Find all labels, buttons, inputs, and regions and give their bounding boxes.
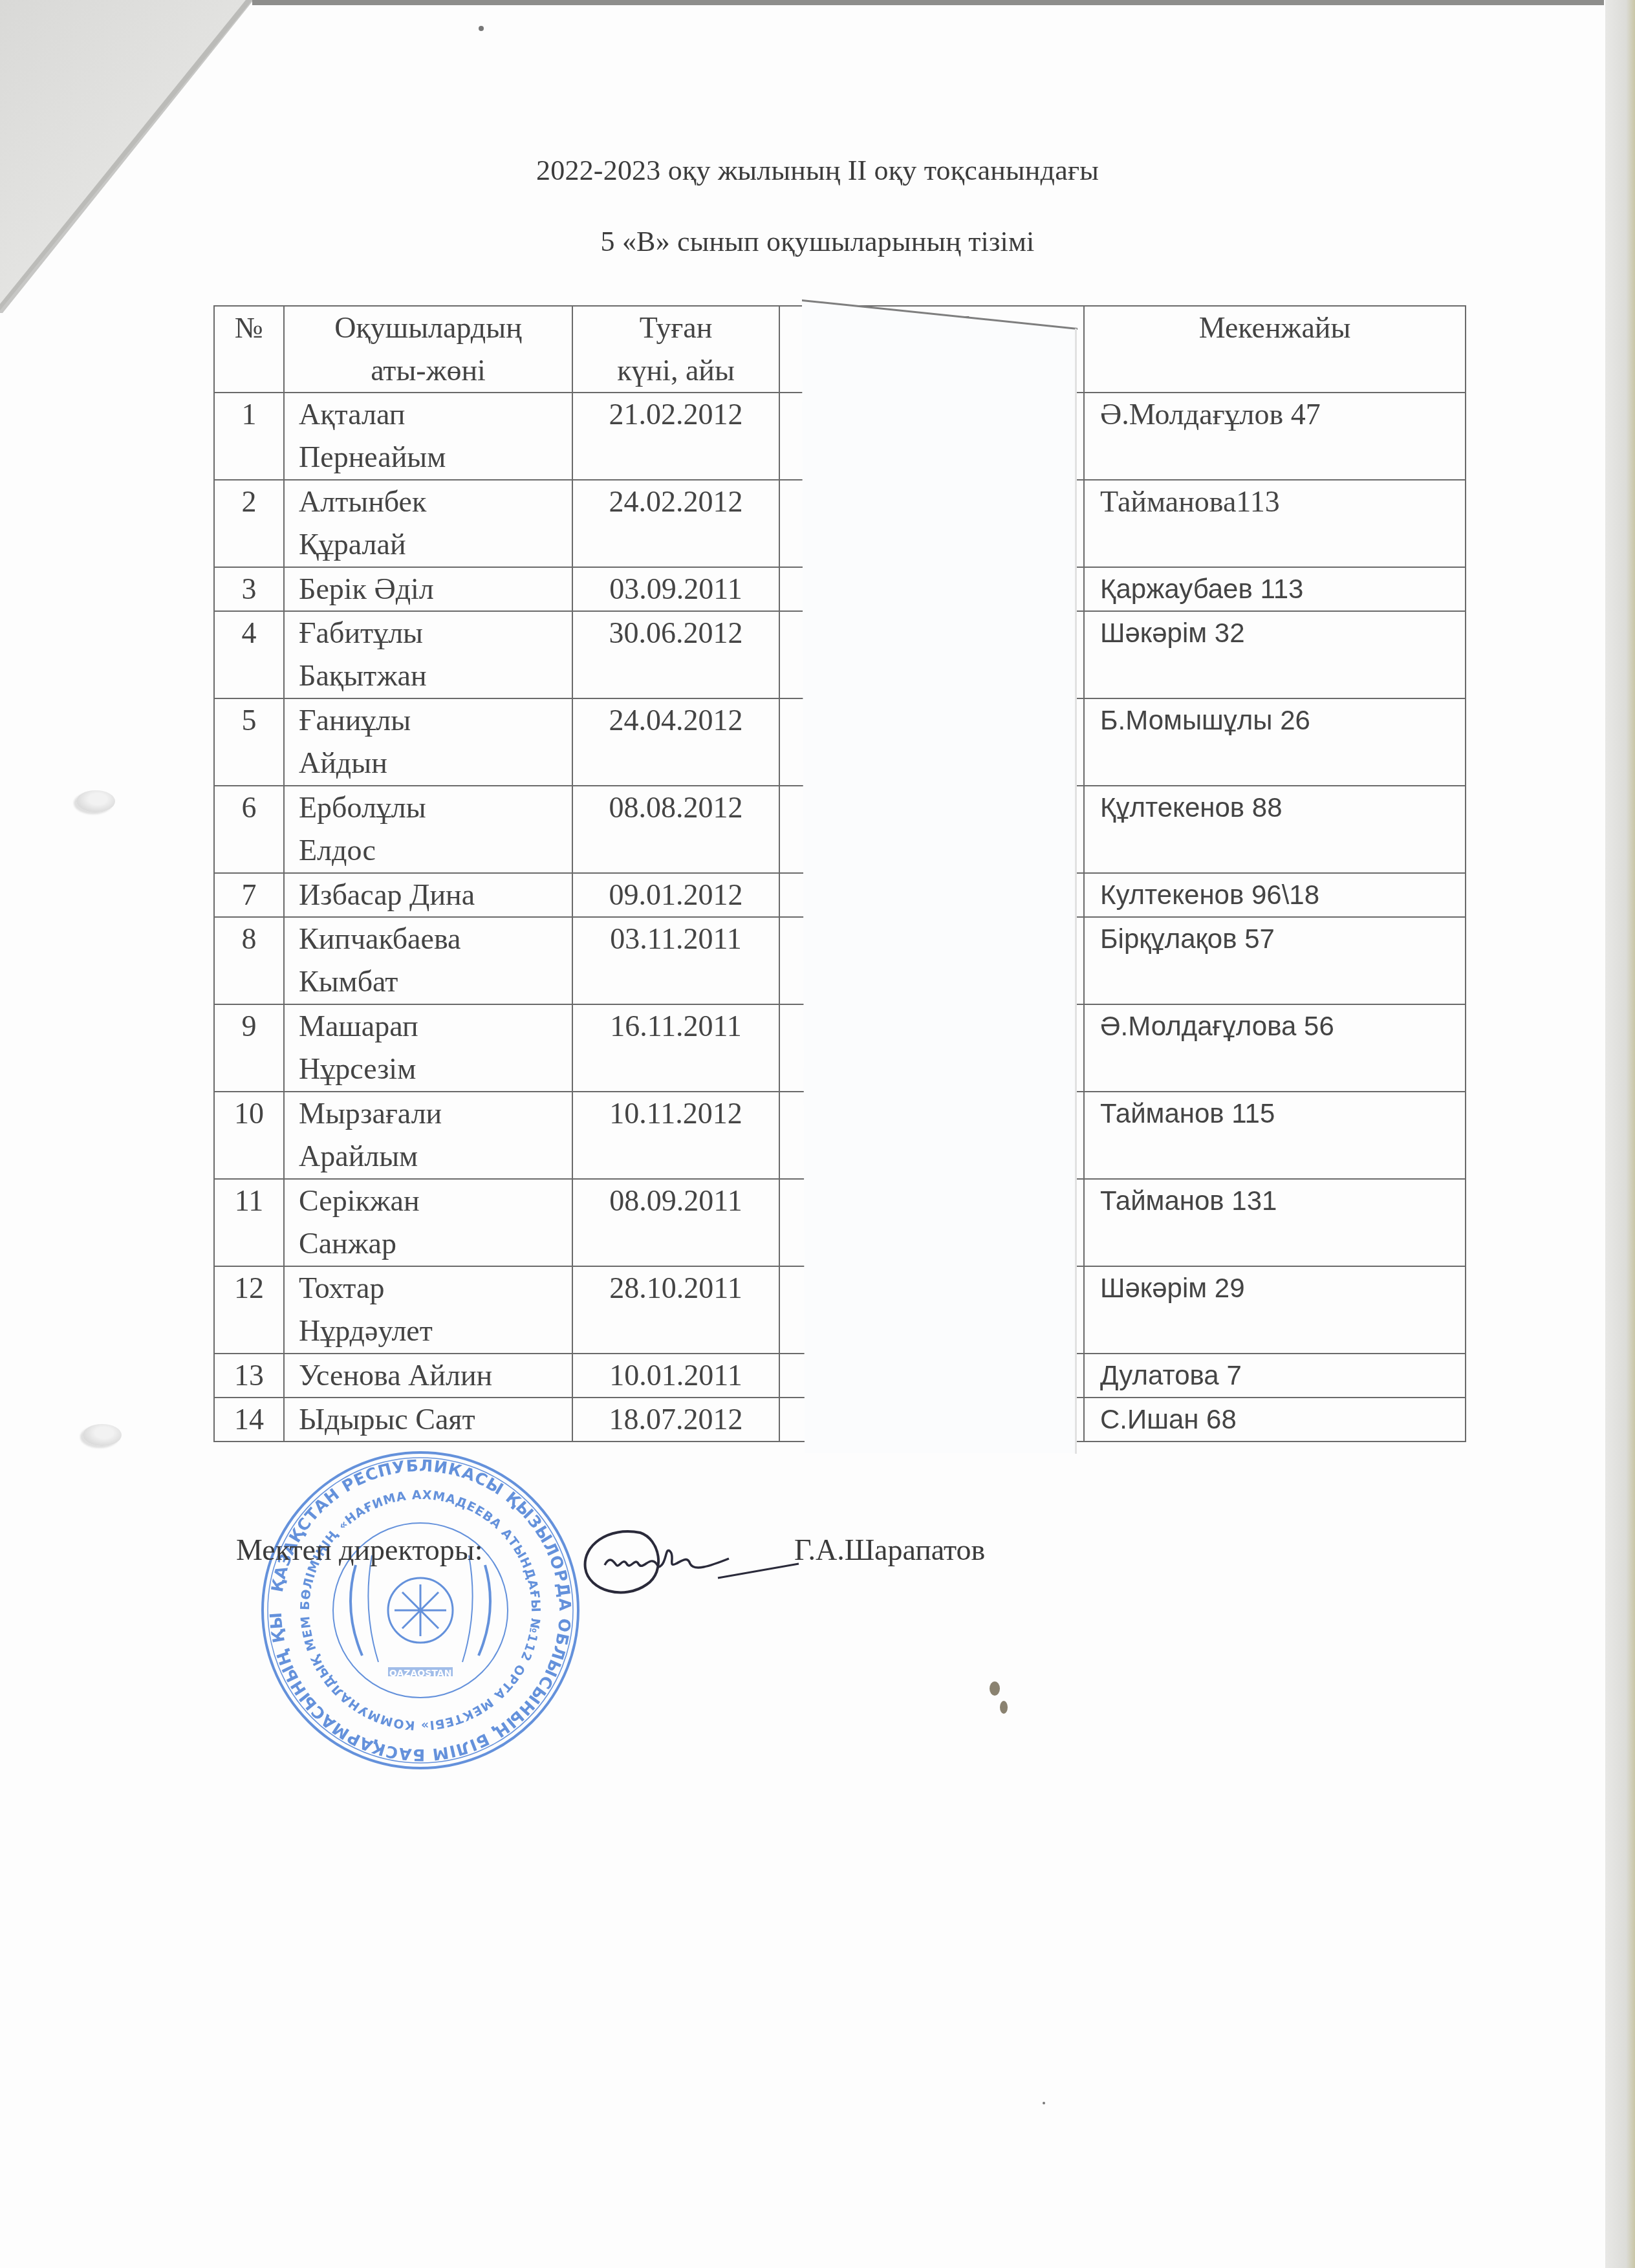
row-number: 11 [214,1179,284,1266]
birth-date: 10.11.2012 [572,1092,779,1179]
student-name-line1: Машарап [299,1005,572,1048]
birth-date: 16.11.2011 [572,1004,779,1092]
student-name: Усенова Айлин [284,1354,572,1398]
header-birth-line1: Туған [573,307,779,349]
address: Ә.Молдағұлова 56 [1084,1004,1466,1092]
row-number: 8 [214,917,284,1004]
header-name-line2: аты-жөні [285,349,572,392]
row-number: 13 [214,1354,284,1398]
director-name: Г.А.Шарапатов [794,1533,985,1567]
birth-date: 30.06.2012 [572,611,779,698]
student-name-line1: Берік Әділ [299,568,572,610]
student-name: МырзағалиАрайлым [284,1092,572,1179]
student-name: Избасар Дина [284,873,572,917]
address: Шәкәрім 32 [1084,611,1466,698]
header-name-line1: Оқушылардың [285,307,572,349]
row-number: 10 [214,1092,284,1179]
student-name-line1: Ғаниұлы [299,699,572,742]
birth-date: 08.09.2011 [572,1179,779,1266]
address: С.Ишан 68 [1084,1398,1466,1442]
row-number: 3 [214,567,284,611]
student-name-line1: Мырзағали [299,1092,572,1135]
director-signature [569,1520,815,1604]
paper-overlay-covering-iin [802,301,1076,1453]
director-label: Мектеп директоры: [236,1533,482,1567]
student-name-line1: Усенова Айлин [299,1354,572,1397]
punch-hole-top [76,790,115,812]
student-name-line2: Кымбат [299,960,572,1003]
row-number: 14 [214,1398,284,1442]
paper-overlay-right-edge [1075,329,1077,1454]
student-name: МашарапНұрсезім [284,1004,572,1092]
birth-date: 03.09.2011 [572,567,779,611]
address: Дулатова 7 [1084,1354,1466,1398]
document-title-line1: 2022-2023 оқу жылының ІІ оқу тоқсанындағ… [0,154,1635,187]
address: Б.Момышұлы 26 [1084,698,1466,786]
birth-date: 08.08.2012 [572,786,779,873]
scan-speck [1000,1701,1008,1714]
row-number: 6 [214,786,284,873]
student-name-line2: Санжар [299,1222,572,1265]
student-name-line1: Избасар Дина [299,874,572,916]
student-name-line2: Бақытжан [299,654,572,697]
header-name: Оқушылардың аты-жөні [284,306,572,393]
address: Ә.Молдағұлов 47 [1084,393,1466,480]
row-number: 7 [214,873,284,917]
student-name-line1: Ыдырыс Саят [299,1398,572,1441]
birth-date: 28.10.2011 [572,1266,779,1354]
scan-speck [1043,2102,1045,2104]
student-name-line2: Арайлым [299,1135,572,1178]
row-number: 4 [214,611,284,698]
student-name-line2: Елдос [299,829,572,872]
address: Тайманова113 [1084,480,1466,567]
student-name-line2: Құралай [299,523,572,566]
row-number: 2 [214,480,284,567]
address: Қаржаубаев 113 [1084,567,1466,611]
student-name-line1: Алтынбек [299,481,572,523]
address: Бірқұлақов 57 [1084,917,1466,1004]
scan-right-edge [1605,0,1635,2268]
birth-date: 24.04.2012 [572,698,779,786]
birth-date: 10.01.2011 [572,1354,779,1398]
address: Култекенов 96\18 [1084,873,1466,917]
row-number: 1 [214,393,284,480]
birth-date: 03.11.2011 [572,917,779,1004]
student-name-line2: Нұрсезім [299,1048,572,1090]
student-name-line1: Ақталап [299,393,572,436]
student-name: ТохтарНұрдәулет [284,1266,572,1354]
address: Тайманов 115 [1084,1092,1466,1179]
row-number: 9 [214,1004,284,1092]
student-name: Берік Әділ [284,567,572,611]
student-name: ЕрболұлыЕлдос [284,786,572,873]
stamp-center-text: QAZAQSTAN [389,1669,452,1679]
document-title-line2: 5 «В» сынып оқушыларының тізімі [0,225,1635,258]
student-name: КипчакбаеваКымбат [284,917,572,1004]
row-number: 5 [214,698,284,786]
header-address: Мекенжайы [1084,306,1466,393]
birth-date: 18.07.2012 [572,1398,779,1442]
birth-date: 09.01.2012 [572,873,779,917]
student-name: Ыдырыс Саят [284,1398,572,1442]
student-name-line1: Тохтар [299,1267,572,1310]
scan-top-edge [252,0,1604,5]
student-name-line1: Ғабитұлы [299,612,572,654]
birth-date: 24.02.2012 [572,480,779,567]
student-name: АқталапПернеайым [284,393,572,480]
student-name: АлтынбекҚұралай [284,480,572,567]
school-stamp: ҚАЗАҚСТАН РЕСПУБЛИКАСЫ ҚЫЗЫЛОРДА ОБЛЫСЫН… [259,1449,582,1772]
address: Тайманов 131 [1084,1179,1466,1266]
student-name-line1: Кипчакбаева [299,918,572,960]
address: Құлтекенов 88 [1084,786,1466,873]
header-birth: Туған күні, айы [572,306,779,393]
address: Шәкәрім 29 [1084,1266,1466,1354]
header-number: № [214,306,284,393]
row-number: 12 [214,1266,284,1354]
punch-hole-bottom [83,1424,122,1446]
scan-speck [990,1681,1000,1696]
birth-date: 21.02.2012 [572,393,779,480]
student-name-line2: Айдын [299,742,572,784]
student-name-line2: Пернеайым [299,436,572,479]
student-name-line2: Нұрдәулет [299,1310,572,1352]
student-name: СерікжанСанжар [284,1179,572,1266]
student-name: ҒабитұлыБақытжан [284,611,572,698]
student-name: ҒаниұлыАйдын [284,698,572,786]
scan-speck [479,26,484,31]
student-name-line1: Ерболұлы [299,786,572,829]
header-birth-line2: күні, айы [573,349,779,392]
student-name-line1: Серікжан [299,1180,572,1222]
